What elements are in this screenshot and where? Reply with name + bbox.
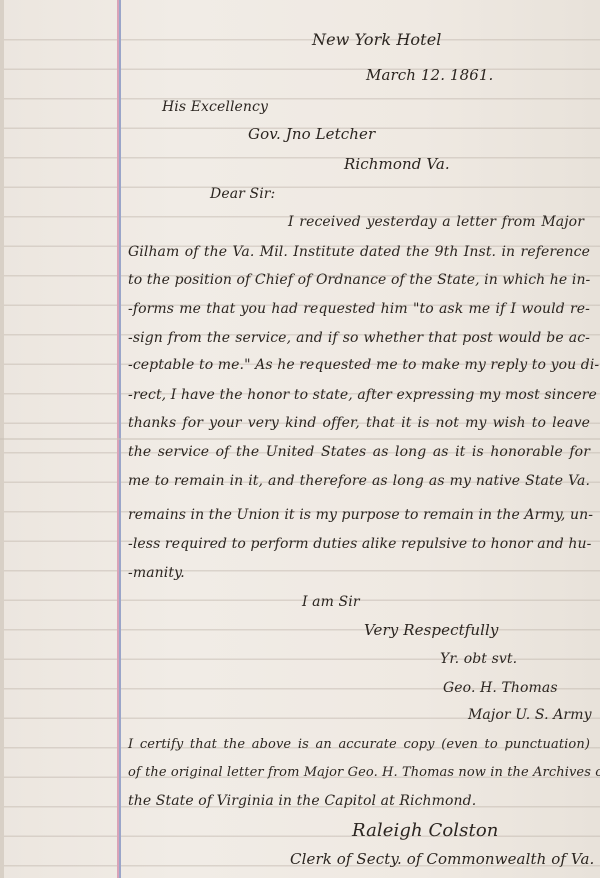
body-line-7: -rect, I have the honor to state, after …: [128, 388, 590, 402]
paper-fold: [0, 438, 600, 440]
body-line-10: me to remain in it, and therefore as lon…: [128, 474, 590, 488]
body-line-1: I received yesterday a letter from Major: [288, 215, 584, 229]
certification-line-3: the State of Virginia in the Capitol at …: [128, 794, 476, 808]
certification-line-1: I certify that the above is an accurate …: [128, 738, 590, 751]
certification-line-2: of the original letter from Major Geo. H…: [128, 766, 590, 779]
certification-signature: Raleigh Colston: [352, 822, 498, 840]
body-line-11: remains in the Union it is my purpose to…: [128, 508, 590, 522]
closing-signature: Geo. H. Thomas: [443, 681, 558, 695]
body-line-3: to the position of Chief of Ordnance of …: [128, 273, 590, 287]
address-line-1: His Excellency: [162, 100, 268, 114]
body-line-9: the service of the United States as long…: [128, 445, 590, 459]
salutation: Dear Sir:: [210, 187, 275, 201]
closing-line-3: Yr. obt svt.: [440, 652, 517, 666]
letter-date: March 12. 1861.: [366, 68, 493, 83]
body-line-5: -sign from the service, and if so whethe…: [128, 331, 590, 345]
closing-line-1: I am Sir: [302, 595, 360, 609]
body-line-6: -ceptable to me." As he requested me to …: [128, 358, 590, 372]
body-line-12: -less required to perform duties alike r…: [128, 537, 590, 551]
body-line-4: -forms me that you had requested him "to…: [128, 302, 590, 316]
body-line-8: thanks for your very kind offer, that it…: [128, 416, 590, 430]
letter-page: New York Hotel March 12. 1861. His Excel…: [0, 0, 600, 878]
closing-line-2: Very Respectfully: [364, 623, 499, 638]
closing-title: Major U. S. Army: [468, 708, 592, 722]
address-line-2: Gov. Jno Letcher: [248, 127, 375, 142]
address-line-3: Richmond Va.: [344, 157, 450, 172]
body-line-2: Gilham of the Va. Mil. Institute dated t…: [128, 245, 590, 259]
body-line-13: -manity.: [128, 566, 185, 580]
certification-title: Clerk of Secty. of Commonwealth of Va.: [290, 852, 594, 867]
letter-place: New York Hotel: [312, 32, 442, 48]
